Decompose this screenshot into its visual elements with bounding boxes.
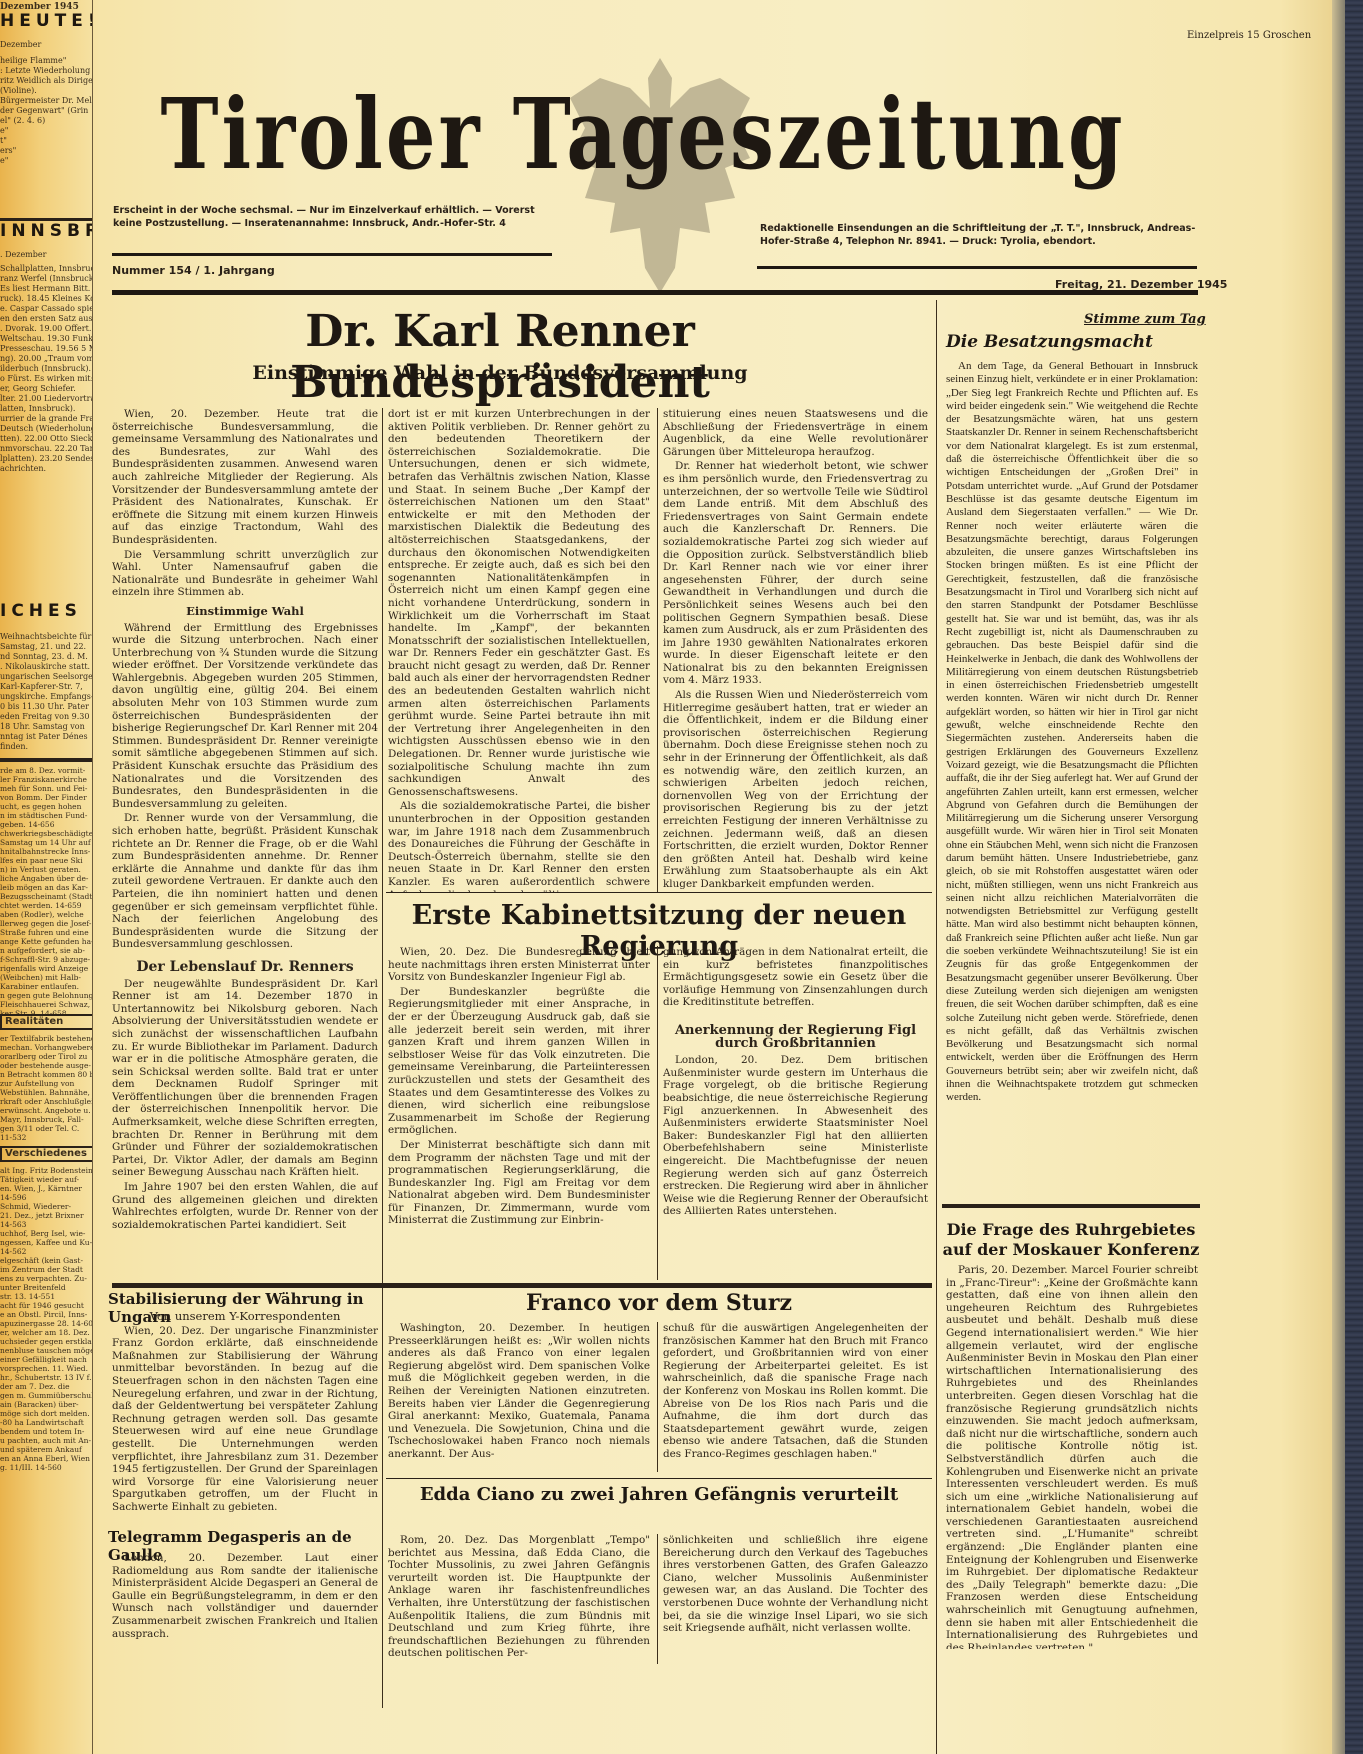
strip-line: ritz Weidlich als Dirigent	[0, 76, 92, 86]
strip-line: ruck). 18.45 Kleines Kon-	[0, 294, 92, 304]
lead-subheadline: Einstimmige Wahl in der Bundesversammlun…	[130, 362, 870, 384]
editorial-kicker: Stimme zum Tag	[1084, 312, 1206, 327]
strip-line: finden.	[0, 742, 92, 752]
ciano-paragraph: sönlichkeiten und schließlich ihre eigen…	[663, 1534, 928, 1635]
column-rule	[382, 1288, 383, 1708]
strip-line: uchsieder gegen erstklas-	[0, 1337, 92, 1346]
strip-line: (Violine).	[0, 86, 92, 96]
degasperi-paragraph: London, 20. Dezember. Laut einer Radiome…	[112, 1552, 378, 1640]
strip-section2-date: . Dezember	[0, 250, 92, 260]
strip-line: ranz Werfel (Innsbruck).	[0, 274, 92, 284]
strip-church-notices: Weihnachtsbeichte fürSamstag, 21. und 22…	[0, 632, 92, 752]
strip-line: . Nikolauskirche statt.	[0, 662, 92, 672]
strip-line: er, welcher am 18. Dez.	[0, 1328, 92, 1337]
strip-line: oder bestehende ausge-	[0, 1061, 92, 1070]
strip-line: lplatten). 23.20 Sendeschluß	[0, 454, 92, 464]
column-rule	[657, 408, 658, 892]
strip-line: gen m. Gummiüberschuhe	[0, 1391, 92, 1400]
strip-line: er, Georg Schiefer.	[0, 384, 92, 394]
strip-line: 18 Uhr. Samstag von	[0, 722, 92, 732]
strip-line: der am 7. Dez. die	[0, 1382, 92, 1391]
strip-line: rde am 8. Dez. vormit-	[0, 766, 92, 775]
price-label: Einzelpreis 15 Groschen	[1187, 30, 1311, 41]
strip-section-innsbruck: INNSBRUCK	[0, 226, 92, 236]
strip-line: liche Angaben über de-	[0, 874, 92, 883]
cabinet-column-2: gung von Anträgen in dem Nationalrat ert…	[663, 946, 928, 1280]
strip-box-verschiedenes: Verschiedenes	[0, 1146, 93, 1162]
strip-line: ucht, es gegen hohen	[0, 802, 92, 811]
ciano-column-2: sönlichkeiten und schließlich ihre eigen…	[663, 1534, 928, 1664]
strip-line: zur Aufstellung von	[0, 1079, 92, 1088]
strip-line: ng). 20.00 „Traum vom	[0, 354, 92, 364]
strip-line: Straße fuhren und eine	[0, 928, 92, 937]
strip-line: uchhof, Berg Isel, wie-	[0, 1229, 92, 1238]
strip-line: eden Freitag von 9.30	[0, 712, 92, 722]
previous-page-strip: Dezember 1945 HEUTE! Dezember heilige Fl…	[0, 0, 93, 1754]
strip-line: Bürgermeister Dr. Melzer	[0, 96, 92, 106]
lead-paragraph: Als die sozialdemokratische Partei, die …	[388, 800, 650, 892]
strip-line: tten). 22.00 Otto Sieck.	[0, 434, 92, 444]
strip-line: urrier de la grande France.	[0, 414, 92, 424]
editorial-headline: Die Besatzungsmacht	[946, 332, 1153, 352]
lead-paragraph: Die Versammlung schritt unverzüglich zur…	[112, 549, 378, 599]
strip-line: hr., Schubertstr. 13 IV f.	[0, 1373, 92, 1382]
strip-line: er Textilfabrik bestehend	[0, 1034, 92, 1043]
strip-line: en an Anna Eberl, Wien	[0, 1454, 92, 1463]
strip-line: rigenfalls wird Anzeige	[0, 964, 92, 973]
strip-line: ange Kette gefunden ha-	[0, 937, 92, 946]
strip-line: ler Franziskanerkirche	[0, 775, 92, 784]
strip-line: alt Ing. Fritz Bodenstein	[0, 1166, 92, 1175]
column-rule	[382, 408, 383, 1284]
hungary-text: Von unserem Y-Korrespondenten Wien, 20. …	[112, 1310, 378, 1515]
strip-line: nmvorschau. 22.20 Tanz-	[0, 444, 92, 454]
strip-line: Tätigkeit wieder auf-	[0, 1175, 92, 1184]
strip-line: einer Gefälligkeit nach	[0, 1355, 92, 1364]
strip-line: meh für Sonn. und Fei-	[0, 784, 92, 793]
uk-recognition-headline: Anerkennung der Regierung Figl durch Gro…	[663, 1025, 928, 1050]
strip-line: orarlberg oder Tirol zu	[0, 1052, 92, 1061]
masthead-bottom-rule	[112, 290, 1198, 295]
ruhr-headline: Die Frage des Ruhrgebietes auf der Moska…	[942, 1220, 1200, 1260]
degasperi-text: London, 20. Dezember. Laut einer Radiome…	[112, 1552, 378, 1702]
strip-line: Karl-Kapferer-Str. 7,	[0, 682, 92, 692]
strip-line: mechan. Vorhangweberei	[0, 1043, 92, 1052]
uk-paragraph: London, 20. Dez. Dem britischen Außenmin…	[663, 1054, 928, 1218]
ruhr-text: Paris, 20. Dezember. Marcel Fourier schr…	[946, 1264, 1198, 1649]
strip-line: f-Schraffl-Str. 9 abzuge-	[0, 955, 92, 964]
section-rule	[386, 1478, 932, 1479]
ruhr-paragraph: Paris, 20. Dezember. Marcel Fourier schr…	[946, 1264, 1198, 1649]
strip-classifieds-misc: alt Ing. Fritz BodensteinTätigkeit wiede…	[0, 1166, 92, 1472]
strip-line: Karabiner entlaufen.	[0, 982, 92, 991]
issue-number: Nummer 154 / 1. Jahrgang	[112, 264, 275, 277]
strip-classifieds-lost-found: rde am 8. Dez. vormit-ler Franziskanerki…	[0, 766, 92, 1018]
franco-column-2: schuß für die auswärtigen Angelegenheite…	[663, 1322, 928, 1472]
lead-paragraph: Dr. Renner wurde von der Versammlung, di…	[112, 812, 378, 951]
strip-line: Samstag, 21. und 22.	[0, 642, 92, 652]
lead-paragraph: dort ist er mit kurzen Unterbrechungen i…	[388, 408, 650, 798]
column-rule	[657, 1322, 658, 1472]
strip-line: 14-563	[0, 1220, 92, 1229]
strip-radio-program: Schallplatten, Innsbruck).ranz Werfel (I…	[0, 264, 92, 474]
strip-line: acht für 1946 gesucht	[0, 1301, 92, 1310]
strip-line: elgeschäft (kein Gast-	[0, 1256, 92, 1265]
strip-section1-list: heilige Flamme": Letzte Wiederholung des…	[0, 56, 92, 166]
lead-paragraph: Wien, 20. Dezember. Heute trat die öster…	[112, 408, 378, 547]
strip-line: en den ersten Satz aus dem	[0, 314, 92, 324]
lead-column-3: stituierung eines neuen Staatswesens und…	[663, 408, 928, 892]
newspaper-title: Tiroler Tageszeitung	[118, 78, 1168, 192]
strip-line: möge sich dort melden.	[0, 1409, 92, 1418]
strip-line: e an Obstl. Pircil, Inns-	[0, 1310, 92, 1319]
hungary-byline: Von unserem Y-Korrespondenten	[112, 1310, 378, 1323]
section-rule	[942, 1204, 1200, 1208]
page-edge	[1332, 0, 1346, 1754]
strip-section-heute: HEUTE!	[0, 16, 92, 26]
strip-line: -80 ha Landwirtschaft	[0, 1418, 92, 1427]
strip-line: g. 11/III. 14-560	[0, 1463, 92, 1472]
strip-line: gen 3/11 oder Tel. C.	[0, 1124, 92, 1133]
cabinet-paragraph: Der Ministerrat beschäftigte sich dann m…	[388, 1139, 650, 1227]
strip-line: ngessen, Kaffee und Ku-	[0, 1238, 92, 1247]
strip-line: im Zentrum der Stadt	[0, 1265, 92, 1274]
strip-line: o Fürst. Es wirken mit:	[0, 374, 92, 384]
strip-line: erwünscht. Angebote u.	[0, 1106, 92, 1115]
editorial-text: An dem Tage, da General Bethouart in Inn…	[946, 360, 1198, 1196]
strip-line: . Dvorak. 19.00 Offert.	[0, 324, 92, 334]
strip-line: t"	[0, 136, 92, 146]
strip-line: hnitalbahnstrecke Inns-	[0, 847, 92, 856]
strip-line: lter. 21.00 Liedervortrag	[0, 394, 92, 404]
cabinet-column-1: Wien, 20. Dez. Die Bundesregierung hielt…	[388, 946, 650, 1280]
strip-line: nntag ist Pater Dénes	[0, 732, 92, 742]
strip-line: Bezugsscheinamt (Stadt-	[0, 892, 92, 901]
strip-line: von Bomm. Der Finder	[0, 793, 92, 802]
cabinet-paragraph: Wien, 20. Dez. Die Bundesregierung hielt…	[388, 946, 650, 984]
strip-line: ain (Baracken) über-	[0, 1400, 92, 1409]
masthead-rule	[112, 253, 552, 256]
strip-box-realitaeten: Realitäten	[0, 1014, 93, 1030]
lead-paragraph: Dr. Renner hat wiederholt betont, wie sc…	[663, 460, 928, 687]
strip-line: e. Caspar Cassado spielt	[0, 304, 92, 314]
strip-line: e"	[0, 156, 92, 166]
strip-line: ens zu verpachten. Zu-	[0, 1274, 92, 1283]
strip-line: ers"	[0, 146, 92, 156]
strip-line: bendem und totem In-	[0, 1427, 92, 1436]
strip-line: vorsprechen. 11. Wied.	[0, 1364, 92, 1373]
column-rule	[657, 1534, 658, 1664]
cabinet-paragraph: gung von Anträgen in dem Nationalrat ert…	[663, 946, 928, 1009]
strip-line: el" (2. 4. 6)	[0, 116, 92, 126]
strip-section1-date: Dezember	[0, 40, 92, 50]
strip-line: 21. Dez., jetzt Brixner	[0, 1211, 92, 1220]
bio-paragraph: Der neugewählte Bundespräsident Dr. Karl…	[112, 978, 378, 1180]
strip-line: 14-562	[0, 1247, 92, 1256]
strip-line: n Betracht kommen 80 b.	[0, 1070, 92, 1079]
strip-line: Deutsch (Wiederholung).	[0, 424, 92, 434]
masthead-rule	[757, 266, 1197, 269]
strip-line: und späterem Ankauf	[0, 1445, 92, 1454]
strip-line: n) in Verlust geraten.	[0, 865, 92, 874]
strip-line: en. Wien, J., Kärntner	[0, 1184, 92, 1193]
imprint-right: Redaktionelle Einsendungen an die Schrif…	[760, 222, 1210, 248]
lead-crosshead: Einstimmige Wahl	[112, 605, 378, 618]
strip-line: Weltschau. 19.30 Funk.	[0, 334, 92, 344]
strip-line: nd Sonntag, 23. d. M.	[0, 652, 92, 662]
ciano-column-1: Rom, 20. Dez. Das Morgenblatt „Tempo" be…	[388, 1534, 650, 1664]
strip-line: apuzinergasse 28. 14-607	[0, 1319, 92, 1328]
strip-line: 0 bis 11.30 Uhr. Pater	[0, 702, 92, 712]
strip-line: ungarischen Seelsorge	[0, 672, 92, 682]
strip-line: e"	[0, 126, 92, 136]
franco-headline: Franco vor dem Sturz	[386, 1290, 932, 1316]
imprint-left: Erscheint in der Woche sechsmal. — Nur i…	[113, 204, 553, 230]
column-rule	[657, 946, 658, 1280]
lead-column-1: Wien, 20. Dezember. Heute trat die öster…	[112, 408, 378, 1288]
strip-line: Schmid, Wiederer-	[0, 1202, 92, 1211]
strip-line: : Letzte Wiederholung des	[0, 66, 92, 76]
strip-line: der Gegenwart" (Grin	[0, 106, 92, 116]
strip-line: n gegen gute Belohnung	[0, 991, 92, 1000]
strip-line: chtet werden. 14-659	[0, 901, 92, 910]
editorial-paragraph: An dem Tage, da General Bethouart in Inn…	[946, 360, 1198, 1105]
cabinet-paragraph: Der Bundeskanzler begrüßte die Regierung…	[388, 986, 650, 1137]
franco-column-1: Washington, 20. Dezember. In heutigen Pr…	[388, 1322, 650, 1472]
strip-line: ilderbuch (Innsbruck).	[0, 364, 92, 374]
bio-headline: Der Lebenslauf Dr. Renners	[112, 961, 378, 974]
strip-section-kirchliches: ICHES	[0, 606, 92, 616]
strip-line: u pachten, auch mit An-	[0, 1436, 92, 1445]
strip-line: 14-596	[0, 1193, 92, 1202]
strip-line: Samstag um 14 Uhr auf	[0, 838, 92, 847]
hungary-paragraph: Wien, 20. Dez. Der ungarische Finanzmini…	[112, 1325, 378, 1514]
strip-line: achrichten.	[0, 464, 92, 474]
strip-classifieds-realestate: er Textilfabrik bestehendmechan. Vorhang…	[0, 1034, 92, 1142]
book-binding	[1345, 0, 1363, 1754]
strip-line: lfes ein paar neue Ski	[0, 856, 92, 865]
section-rule	[112, 1283, 932, 1288]
column-rule	[936, 300, 937, 1754]
strip-line: aben (Rodler), welche	[0, 910, 92, 919]
strip-divider	[0, 758, 92, 762]
strip-line: (Weibchen) mit Halb-	[0, 973, 92, 982]
strip-line: Webstühlen. Bahnnähe,	[0, 1088, 92, 1097]
strip-line: n im städtischen Fund-	[0, 811, 92, 820]
ciano-headline: Edda Ciano zu zwei Jahren Gefängnis veru…	[386, 1484, 932, 1505]
strip-line: str. 13. 14-551	[0, 1292, 92, 1301]
strip-line: latten, Innsbruck).	[0, 404, 92, 414]
strip-line: rkraft oder Anschlußgleis	[0, 1097, 92, 1106]
strip-line: leib mögen an das Kar-	[0, 883, 92, 892]
strip-line: Presseschau. 19.56 5 Mi-	[0, 344, 92, 354]
strip-line: geben. 14-656	[0, 820, 92, 829]
section-rule	[386, 892, 932, 893]
strip-line: 11-532	[0, 1133, 92, 1142]
franco-paragraph: schuß für die auswärtigen Angelegenheite…	[663, 1322, 928, 1461]
lead-paragraph: Während der Ermittlung des Ergebnisses w…	[112, 622, 378, 811]
strip-line: Schallplatten, Innsbruck).	[0, 264, 92, 274]
strip-line: heilige Flamme"	[0, 56, 92, 66]
lead-headline: Dr. Karl Renner Bundespräsident	[130, 306, 870, 408]
lead-paragraph: stituierung eines neuen Staatswesens und…	[663, 408, 928, 458]
strip-line: n aufgefordert, sie ab-	[0, 946, 92, 955]
strip-line: unter Breitenfeld	[0, 1283, 92, 1292]
strip-line: Weihnachtsbeichte für	[0, 632, 92, 642]
strip-line: llerweg gegen die Josef-	[0, 919, 92, 928]
strip-line: Fleischhauerei Schwaz,	[0, 1000, 92, 1009]
lead-column-2: dort ist er mit kurzen Unterbrechungen i…	[388, 408, 650, 892]
strip-line: Mayr, Innsbruck, Fall-	[0, 1115, 92, 1124]
strip-line: ungskirche. Empfangs-	[0, 692, 92, 702]
strip-line: Es liest Hermann Bitt.	[0, 284, 92, 294]
ciano-paragraph: Rom, 20. Dez. Das Morgenblatt „Tempo" be…	[388, 1534, 650, 1660]
lead-paragraph: Als die Russen Wien und Niederösterreich…	[663, 689, 928, 891]
strip-line: nenbluse tauschen möge	[0, 1346, 92, 1355]
strip-line: chwerkriegsbeschädigten	[0, 829, 92, 838]
bio-paragraph: Im Jahre 1907 bei den ersten Wahlen, die…	[112, 1181, 378, 1231]
franco-paragraph: Washington, 20. Dezember. In heutigen Pr…	[388, 1322, 650, 1461]
